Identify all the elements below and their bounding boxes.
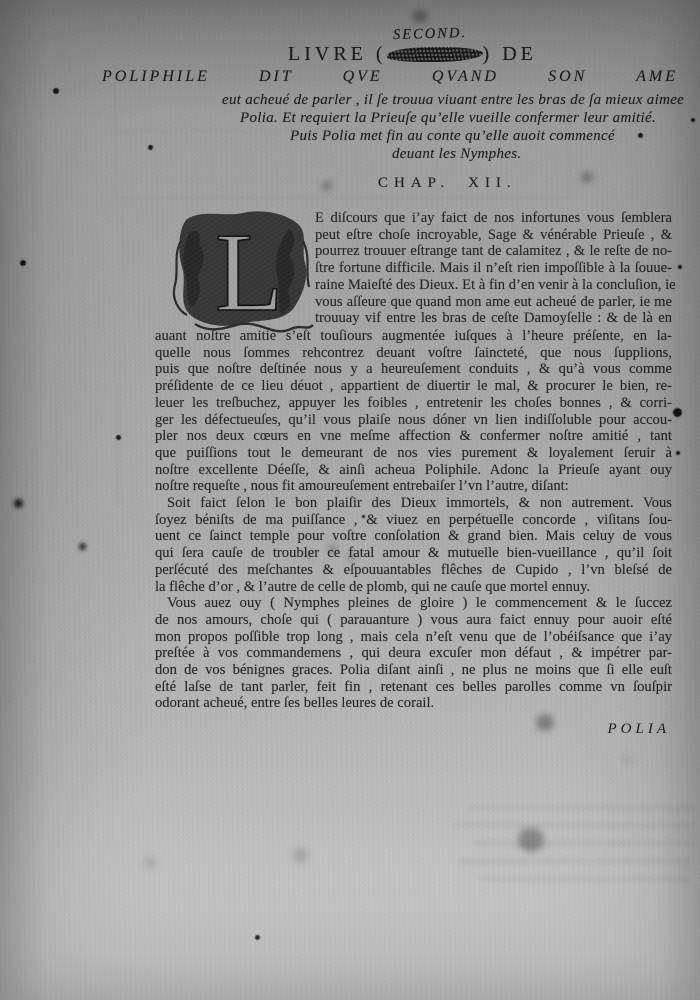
- showthrough-text: [460, 859, 690, 864]
- stain: [293, 848, 308, 862]
- paragraph-1-full-lines: auant noſtre amitié s’eſt touſiours augm…: [155, 328, 672, 495]
- paragraph-1-opening: L E diſcours que i’ay faict de nos infor…: [155, 210, 672, 328]
- stain: [536, 714, 554, 731]
- ink-speck: [362, 515, 365, 518]
- stain: [322, 181, 332, 190]
- scanned-book-page: SECOND. LIVRE () DE POLIPHILE DIT QVE QV…: [0, 0, 700, 1000]
- body-line: préſidente de ce lieu déuot , appartient…: [155, 378, 672, 395]
- body-line: la flêche d’or , & l’autre de celle de p…: [155, 579, 672, 596]
- body-line: noſtre excellente Déeſſe, & ainſi acheua…: [155, 462, 672, 479]
- stain: [412, 10, 428, 23]
- showthrough-text: [470, 805, 695, 810]
- showthrough-text: [455, 823, 695, 828]
- woodcut-initial-L: L: [177, 211, 309, 328]
- argument-line: eut acheué de parler , il ſe trouua viua…: [222, 92, 684, 109]
- showthrough-text: [480, 877, 690, 881]
- body-line: raine Maieſté des Dieux. Et à fin d’en v…: [315, 277, 672, 294]
- body-line: mon propos poſſible trop long , mais cel…: [155, 629, 672, 646]
- ink-speck: [691, 118, 695, 122]
- ink-speck: [255, 935, 260, 940]
- argument-line: Puis Polia met fin au conte qu’elle auoi…: [290, 128, 615, 145]
- chapter-label: CHAP.: [378, 175, 450, 191]
- body-line: odorant acheué, entre ſes belles leures …: [155, 695, 672, 712]
- inked-out-word: [386, 46, 482, 62]
- stain: [624, 756, 631, 763]
- ink-speck: [638, 133, 643, 138]
- title-suffix: ) DE: [483, 43, 537, 65]
- paragraph-3: Vous auez ouy ( Nymphes pleines de gloir…: [155, 595, 672, 712]
- stain: [145, 858, 156, 868]
- body-line: leuer les treſbuchez, appuyer les foible…: [155, 395, 672, 412]
- body-line: vous aſſeure que quand mon ame eut acheu…: [315, 294, 672, 311]
- body-line: uent ce ſainct temple pour voſtre conſol…: [155, 528, 672, 545]
- body-line: quelle nous ſommes rehcontrez deuant voſ…: [155, 345, 672, 362]
- handwritten-annotation: SECOND.: [393, 25, 467, 44]
- stain: [79, 543, 86, 550]
- argument-line: Polia. Et requiert la Prieuſe qu’elle vu…: [240, 110, 656, 127]
- chapter-heading: CHAP.XII.: [378, 175, 517, 192]
- body-line: perſécuté des meſchantes & eſpouuantable…: [155, 562, 672, 579]
- body-line: que puiſſions tout le demeurant de nos v…: [155, 445, 672, 462]
- body-text: L E diſcours que i’ay faict de nos infor…: [155, 210, 672, 712]
- body-line: preſtée à vos commandemens , qui deura e…: [155, 645, 672, 662]
- showthrough-line: [117, 385, 119, 507]
- showthrough-text: [475, 841, 695, 846]
- catchword: POLIA: [608, 721, 671, 738]
- stain: [328, 545, 337, 553]
- title-prefix: LIVRE (: [288, 43, 387, 65]
- ink-speck: [53, 88, 59, 94]
- body-line: eſté laſse de tant parler, feit fin , re…: [155, 679, 672, 696]
- body-line: noſtre requeſte , nous fit amoureuſement…: [155, 478, 672, 495]
- ink-speck: [20, 260, 26, 266]
- chapter-subtitle-caps: POLIPHILE DIT QVE QVAND SON AME: [102, 68, 678, 86]
- stain: [518, 828, 544, 852]
- ink-speck: [148, 145, 153, 150]
- body-line: peut eſtre choſe incroyable, Sage & véné…: [315, 227, 672, 244]
- paragraph-1-indented-lines: E diſcours que i’ay faict de nos infortu…: [315, 210, 672, 327]
- body-line: pler nos deux cœurs en vne meſme affecti…: [155, 428, 672, 445]
- chapter-number: XII.: [468, 175, 517, 191]
- stain: [306, 552, 312, 558]
- page-title: LIVRE () DE: [288, 43, 537, 66]
- body-line: ger les défectueuſes, qu’il vous plaiſe …: [155, 412, 672, 429]
- ink-speck: [676, 451, 680, 455]
- stain: [581, 172, 593, 183]
- argument-line: deuant les Nymphes.: [392, 146, 521, 163]
- ink-speck: [116, 435, 121, 440]
- body-line: Vous auez ouy ( Nymphes pleines de gloir…: [155, 595, 672, 612]
- body-line: Soit faict ſelon le bon plaiſir des Dieu…: [155, 495, 672, 512]
- body-line: E diſcours que i’ay faict de nos infortu…: [315, 210, 672, 227]
- body-line: pourrez trouuer eſtrange tant de calamit…: [315, 243, 672, 260]
- ink-speck: [678, 265, 682, 269]
- body-line: ſoyez béniſts de ma puiſſance , & viuez …: [155, 512, 672, 529]
- drop-cap-letter: L: [215, 211, 283, 335]
- paragraph-2: Soit faict ſelon le bon plaiſir des Dieu…: [155, 495, 672, 595]
- stain: [348, 554, 355, 561]
- body-line: qui ſera cauſe de troubler ce fatal amou…: [155, 545, 672, 562]
- body-line: don de vos bénignes graces. Polia diſant…: [155, 662, 672, 679]
- body-line: trouuay vif entre les bras de ceſte Damo…: [315, 310, 672, 327]
- body-line: de nos amours, choſe qui ( parauanture )…: [155, 612, 672, 629]
- body-line: puis que noſtre deſtinée nous y a heureu…: [155, 361, 672, 378]
- body-line: ſtre fortune difficile. Mais il n’eſt ri…: [315, 260, 672, 277]
- stain: [14, 499, 23, 508]
- ink-speck: [673, 408, 682, 417]
